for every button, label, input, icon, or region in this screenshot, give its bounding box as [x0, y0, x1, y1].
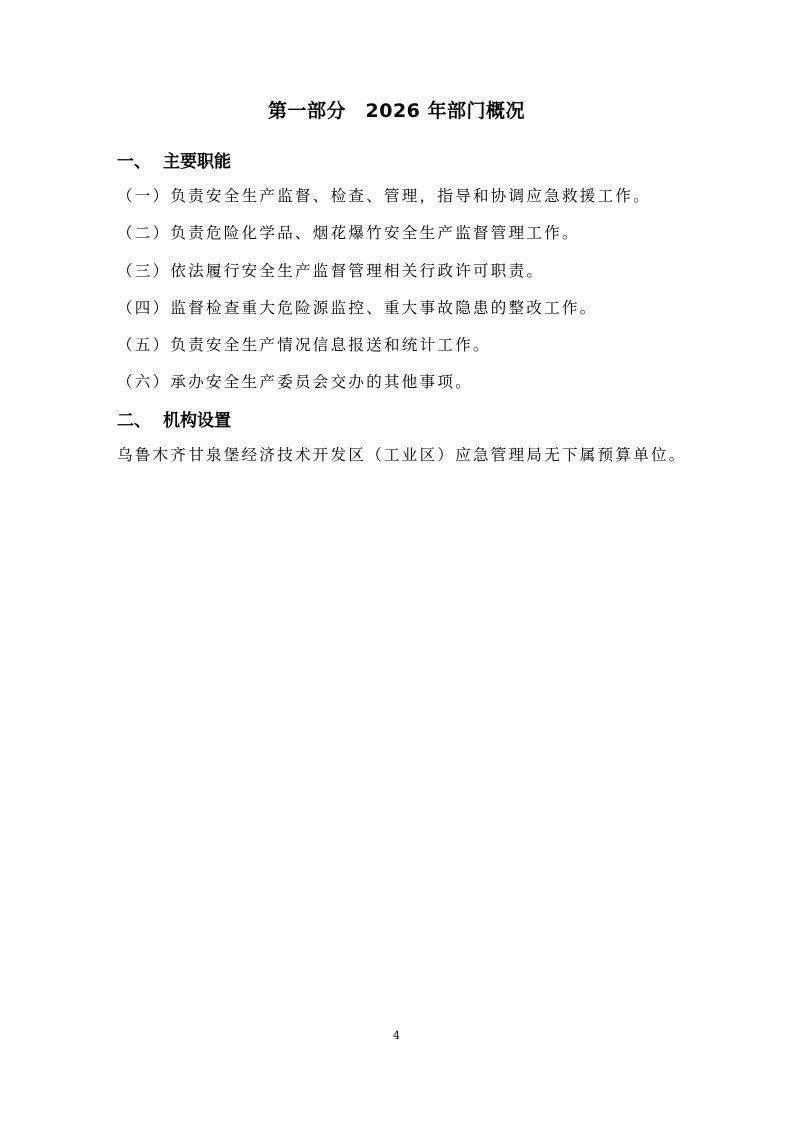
- organization-text: 乌鲁木齐甘泉堡经济技术开发区（工业区）应急管理局无下属预算单位。: [117, 443, 687, 465]
- section-heading-organization: 二、机构设置: [117, 406, 231, 431]
- function-item-2: （二）负责危险化学品、烟花爆竹安全生产监督管理工作。: [117, 221, 580, 243]
- function-item-5: （五）负责安全生产情况信息报送和统计工作。: [117, 333, 491, 355]
- function-item-1: （一）负责安全生产监督、检查、管理，指导和协调应急救援工作。: [117, 184, 651, 206]
- page-title: 第一部分 2026 年部门概况: [0, 96, 793, 123]
- page-number: 4: [0, 1029, 793, 1042]
- section-title: 主要职能: [163, 152, 231, 172]
- section-number: 二、: [117, 406, 163, 431]
- section-heading-main-functions: 一、主要职能: [117, 147, 231, 172]
- function-item-4: （四）监督检查重大危险源监控、重大事故隐患的整改工作。: [117, 296, 598, 318]
- function-item-3: （三）依法履行安全生产监督管理相关行政许可职责。: [117, 259, 544, 281]
- section-title: 机构设置: [163, 411, 231, 431]
- function-item-6: （六）承办安全生产委员会交办的其他事项。: [117, 370, 473, 392]
- section-number: 一、: [117, 147, 163, 172]
